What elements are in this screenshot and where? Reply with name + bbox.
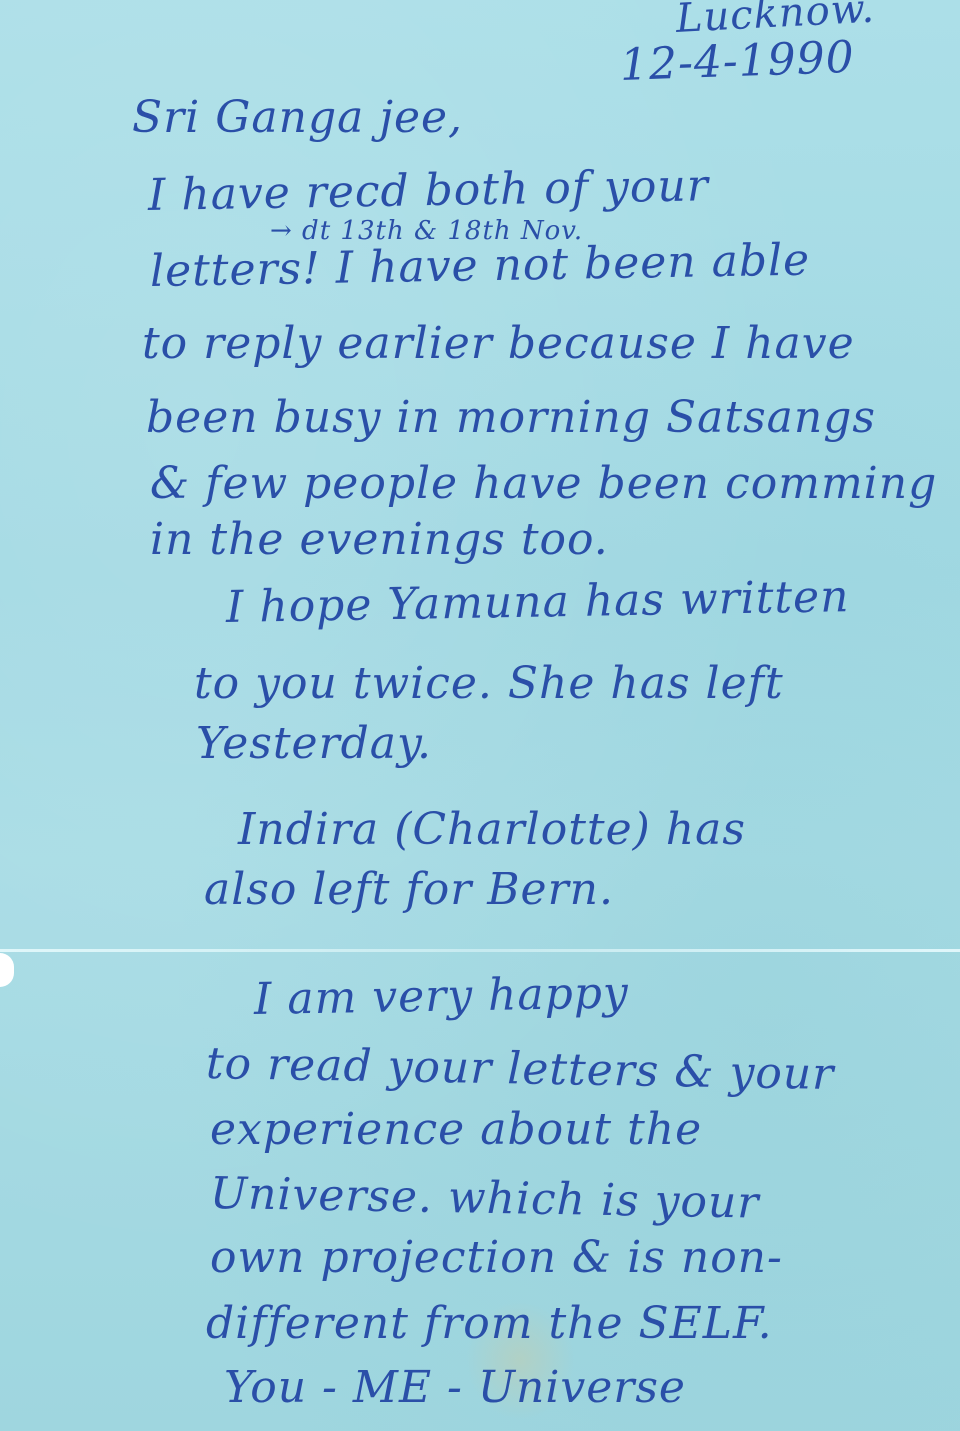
paper-fold-crease [0,949,960,952]
letter-line: & few people have been comming [150,458,937,509]
letter-line: experience about the [210,1104,702,1155]
letter-line: letters! I have not been able [150,234,811,297]
letter-date: 12-4-1990 [619,32,855,91]
letter-line: I hope Yamuna has written [226,571,850,633]
letter-line: to reply earlier because I have [142,318,855,369]
letter-line: own projection & is non- [210,1232,783,1283]
letter-line: been busy in morning Satsangs [146,392,876,443]
letter-line: Indira (Charlotte) has [238,804,746,855]
letter-line: I have recd both of your [148,160,710,221]
letter-line: Yesterday. [196,718,432,769]
letter-salutation: Sri Ganga jee, [132,92,463,143]
letter-line: different from the SELF. [206,1298,773,1349]
letter-line: to read your letters & your [206,1038,835,1100]
letter-line: also left for Bern. [204,864,614,915]
paper-edge-notch [0,953,14,987]
letter-line: I am very happy [254,967,630,1025]
letter-line: You - ME - Universe [224,1362,686,1413]
letter-paper: Lucknow. 12-4-1990 Sri Ganga jee, I have… [0,0,960,1431]
letter-line: in the evenings too. [150,514,609,565]
letter-line: Universe. which is your [210,1168,760,1229]
letter-line: to you twice. She has left [194,658,784,709]
